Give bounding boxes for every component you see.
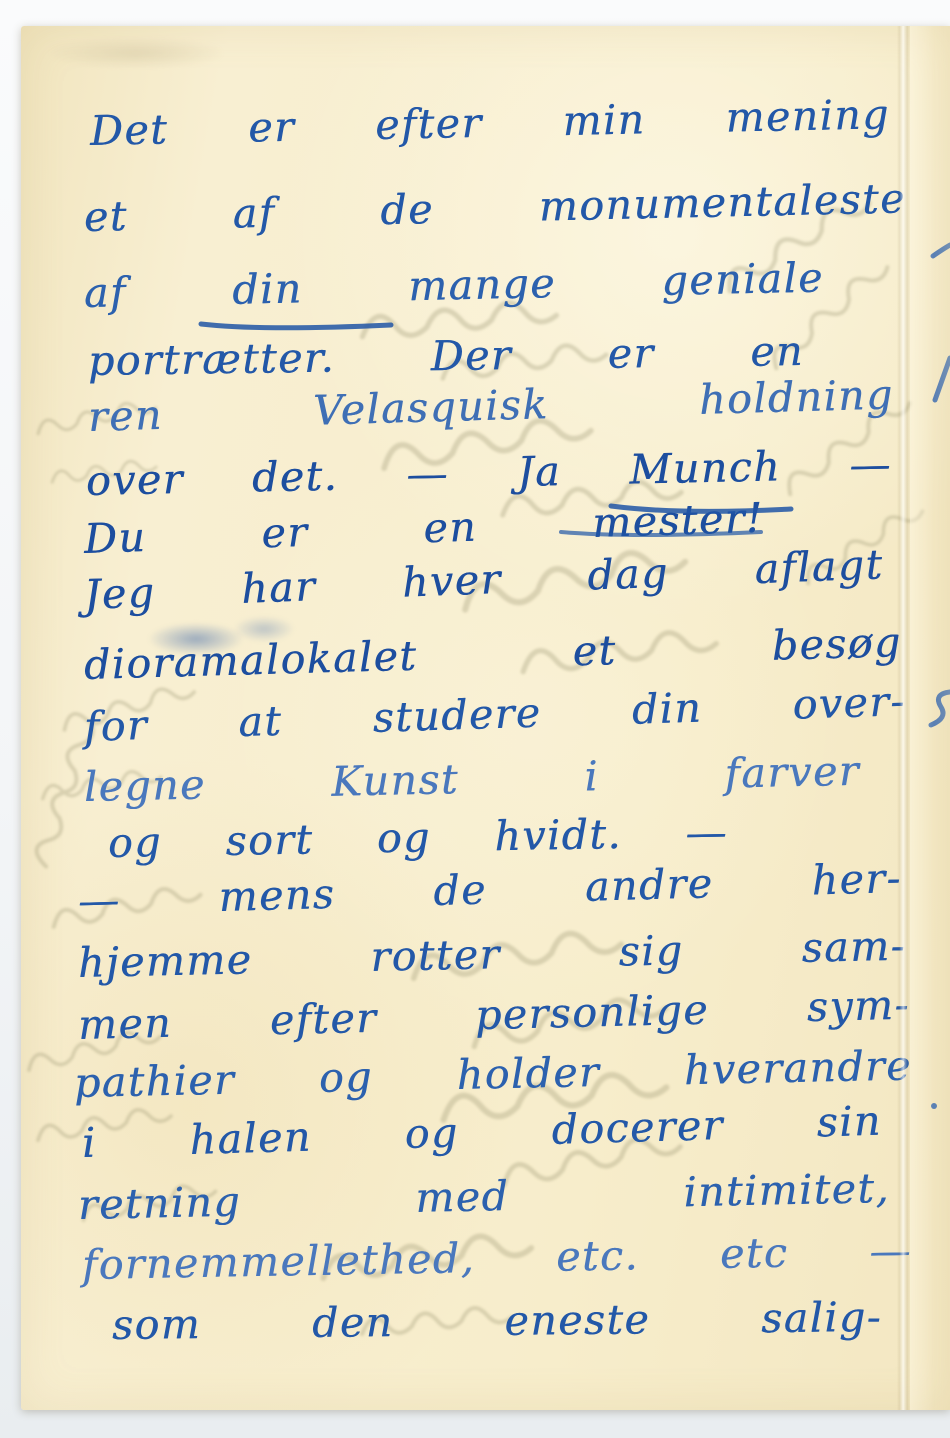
- handwriting-line: Det er efter min mening: [89, 89, 890, 157]
- letter-paper: Det er efter min meninget af de monument…: [21, 26, 950, 1410]
- handwriting-line: som den eneste salig-: [112, 1292, 882, 1351]
- handwriting-line: retning med intimitet,: [77, 1163, 890, 1231]
- fold-crease: [897, 26, 910, 1410]
- handwriting-line: over det. — Ja Munch —: [85, 439, 892, 507]
- faint-stamp: [51, 38, 221, 68]
- handwriting-line: af din mange geniale: [83, 253, 824, 320]
- handwriting-line: et af de monumentaleste: [83, 173, 906, 243]
- handwriting-line: i halen og docerer sin: [81, 1096, 882, 1170]
- scanner-background: Det er efter min meninget af de monument…: [0, 0, 950, 1438]
- handwriting-line: hjemme rotter sig sam-: [77, 921, 906, 990]
- adjacent-page-edge: [910, 26, 950, 1410]
- handwriting-line: men efter personlige sym-: [77, 980, 910, 1052]
- ink-smudge: [146, 622, 246, 656]
- handwriting-line: legne Kunst i farver: [83, 746, 860, 813]
- handwriting-line: fornemmellethed, etc. etc —: [82, 1226, 913, 1292]
- ink-smudge: [233, 616, 295, 642]
- underline-mange: [201, 324, 391, 328]
